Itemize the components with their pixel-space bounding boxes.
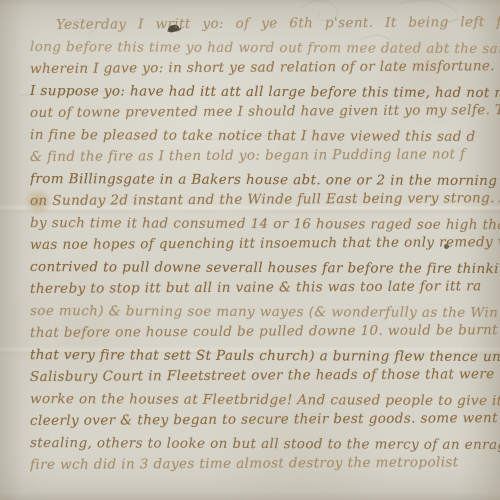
letter-line: was noe hopes of quenching itt insoemuch… [30, 231, 500, 256]
letter-page: Yesterday I writt yo: of ye 6th p'sent. … [0, 0, 500, 500]
letter-body: Yesterday I writt yo: of ye 6th p'sent. … [30, 14, 500, 500]
letter-line: cleerly over & they began to secure thei… [30, 407, 500, 432]
letter-line: & find the fire as I then told yo: began… [30, 143, 500, 168]
letter-line: Yesterday I writt yo: of ye 6th p'sent. … [30, 14, 500, 36]
letter-line: that before one house could be pulled do… [30, 319, 500, 344]
letter-line: out of towne prevented mee I should have… [30, 99, 500, 124]
letter-line: thereby to stop itt but all in vaine & t… [30, 275, 500, 300]
letter-line: Salisbury Court in Fleetstreet over the … [30, 363, 500, 388]
letter-line: wherein I gave yo: in short ye sad relat… [30, 55, 500, 80]
letter-line: on Sunday 2d instant and the Winde full … [30, 187, 500, 212]
letter-line: fire wch did in 3 dayes time almost dest… [30, 451, 500, 476]
